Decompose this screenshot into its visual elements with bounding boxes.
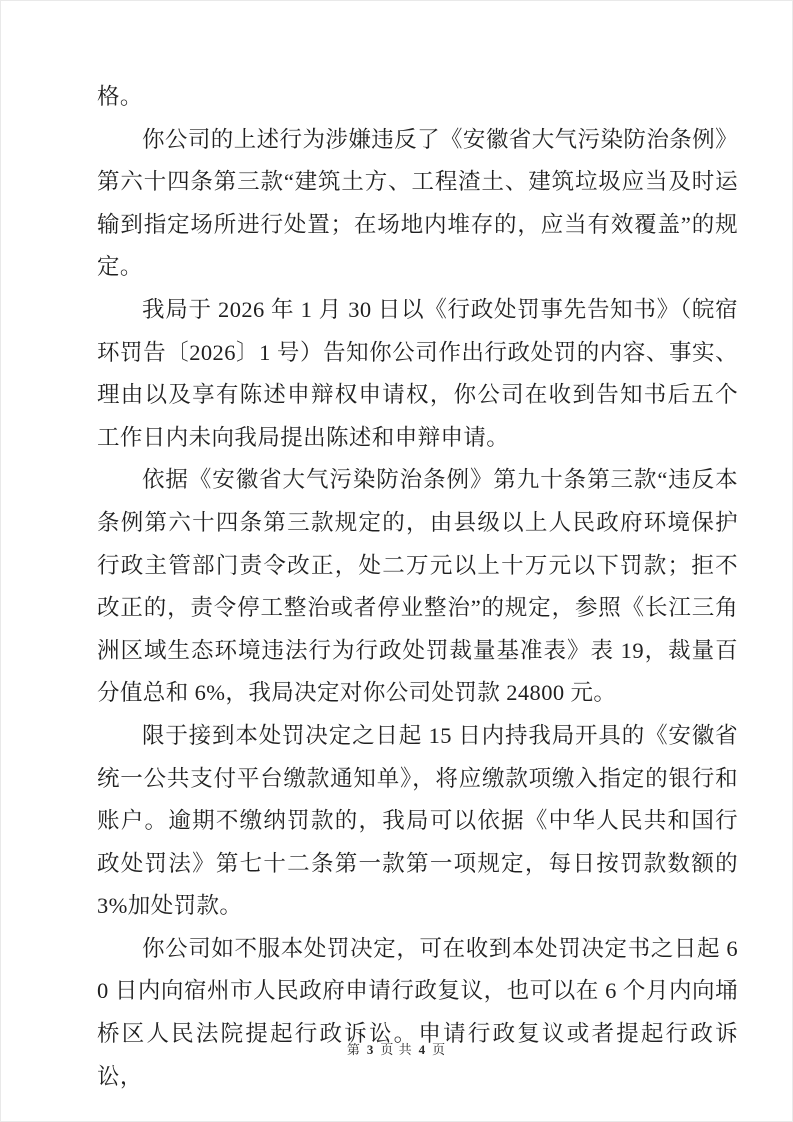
paragraph-payment-instructions: 限于接到本处罚决定之日起 15 日内持我局开具的《安徽省统一公共支付平台缴款通知… [97, 715, 738, 928]
footer-total-page-number: 4 [419, 1042, 427, 1057]
document-page: 格。 你公司的上述行为涉嫌违反了《安徽省大气污染防治条例》第六十四条第三款“建筑… [0, 0, 793, 1122]
paragraph-continuation: 格。 [97, 76, 738, 119]
page-footer: 第3页 共4页 [1, 1041, 792, 1059]
document-body: 格。 你公司的上述行为涉嫌违反了《安徽省大气污染防治条例》第六十四条第三款“建筑… [97, 76, 738, 1098]
paragraph-prior-notice: 我局于 2026 年 1 月 30 日以《行政处罚事先告知书》（皖宿环罚告〔20… [97, 289, 738, 459]
footer-suffix: 页 [432, 1042, 446, 1057]
paragraph-appeal-rights: 你公司如不服本处罚决定，可在收到本处罚决定书之日起 60 日内向宿州市人民政府申… [97, 928, 738, 1098]
paragraph-violated-regulation: 你公司的上述行为涉嫌违反了《安徽省大气污染防治条例》第六十四条第三款“建筑土方、… [97, 119, 738, 289]
footer-middle-label: 页 共 [380, 1042, 412, 1057]
footer-prefix: 第 [347, 1042, 361, 1057]
footer-current-page-number: 3 [367, 1042, 375, 1057]
paragraph-penalty-basis: 依据《安徽省大气污染防治条例》第九十条第三款“违反本条例第六十四条第三款规定的，… [97, 459, 738, 715]
